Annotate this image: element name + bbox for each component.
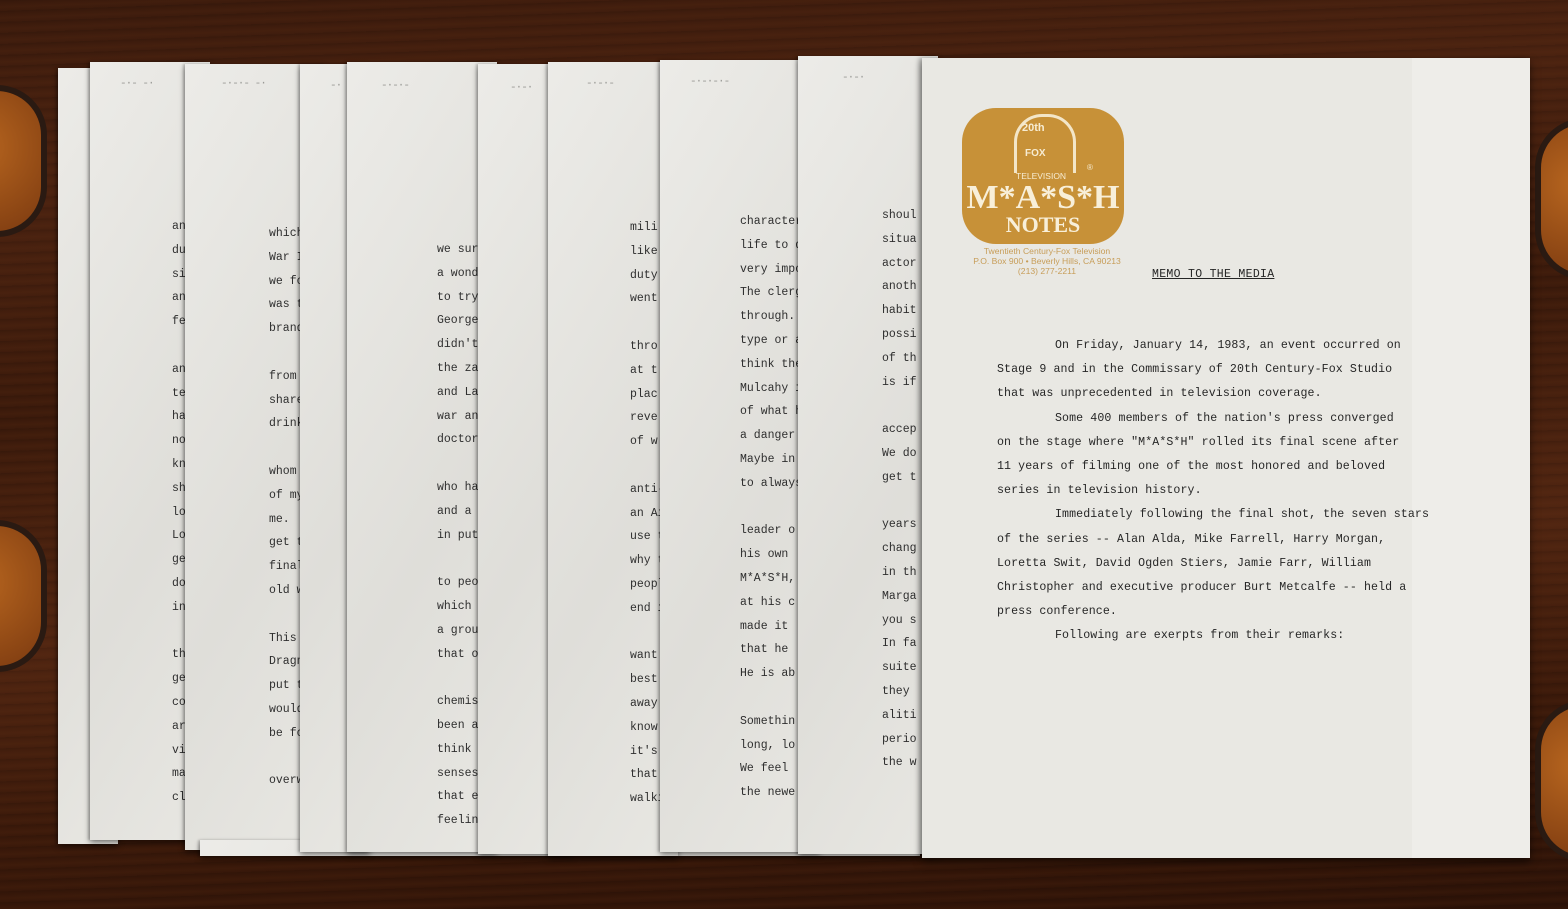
- typed-line: you s: [882, 609, 917, 633]
- staple-mark: -·-·-: [586, 78, 614, 90]
- memo-line: of the series -- Alan Alda, Mike Farrell…: [997, 528, 1457, 552]
- typed-line: a danger: [740, 424, 802, 448]
- logo-show-name: M*A*S*H: [962, 181, 1124, 215]
- typed-line: leader o: [740, 519, 802, 543]
- staple-mark: -·-·- -·: [221, 78, 266, 90]
- memo-line: Stage 9 and in the Commissary of 20th Ce…: [997, 358, 1457, 382]
- table-knob: [1535, 700, 1568, 862]
- page-b-text: whichWar Iwe fowas tbrandfromsharedrinkw…: [269, 222, 304, 793]
- typed-line: M*A*S*H,: [740, 567, 802, 591]
- memo-line: series in television history.: [997, 479, 1457, 503]
- typed-line: aliti: [882, 704, 917, 728]
- typed-line: put t: [269, 674, 304, 698]
- typed-line: In fa: [882, 632, 917, 656]
- typed-line: overw: [269, 769, 304, 793]
- typed-line: [882, 394, 917, 418]
- typed-line: whom: [269, 460, 304, 484]
- typed-line: think the: [740, 353, 802, 377]
- letterhead-address: Twentieth Century-Fox Television P.O. Bo…: [952, 246, 1142, 276]
- memo-title: MEMO TO THE MEDIA: [1152, 268, 1274, 281]
- staple-mark: -·: [330, 80, 341, 92]
- memo-line: press conference.: [997, 600, 1457, 624]
- typed-line: This: [269, 627, 304, 651]
- typed-line: of th: [882, 347, 917, 371]
- page-f-text: shoulsituaactoranothhabitpossiof this if…: [882, 204, 917, 775]
- page-e-text: characterlife to dvery impoThe clergthro…: [740, 210, 802, 805]
- typed-line: type or a: [740, 329, 802, 353]
- typed-line: is if: [882, 371, 917, 395]
- staple-mark: -·-·: [842, 72, 864, 84]
- typed-line: We do: [882, 442, 917, 466]
- typed-line: drink: [269, 412, 304, 436]
- typed-line: from: [269, 365, 304, 389]
- sheet: -·-·- we sura wondto tryGeorgedidn'tthe …: [347, 62, 497, 852]
- sheet: -·-·-·- characterlife to dvery impoThe c…: [660, 60, 820, 852]
- address-line: P.O. Box 900 • Beverly Hills, CA 90213: [952, 256, 1142, 266]
- typed-line: life to d: [740, 234, 802, 258]
- typed-line: habit: [882, 299, 917, 323]
- typed-line: Mulcahy i: [740, 377, 802, 401]
- typed-line: very impo: [740, 258, 802, 282]
- typed-line: accep: [882, 418, 917, 442]
- typed-line: suite: [882, 656, 917, 680]
- typed-line: years: [882, 513, 917, 537]
- typed-line: made it: [740, 615, 802, 639]
- typed-line: We feel: [740, 757, 802, 781]
- typed-line: brand: [269, 317, 304, 341]
- typed-line: was t: [269, 293, 304, 317]
- typed-line: at his c: [740, 591, 802, 615]
- typed-line: Somethin: [740, 710, 802, 734]
- typed-line: that he: [740, 638, 802, 662]
- typed-line: to always: [740, 472, 802, 496]
- typed-line: his own: [740, 543, 802, 567]
- mash-notes-logo: 20th FOX TELEVISION ® M*A*S*H NOTES: [962, 108, 1124, 244]
- typed-line: [269, 341, 304, 365]
- typed-line: chang: [882, 537, 917, 561]
- typed-line: The clerg: [740, 281, 802, 305]
- table-knob: [1535, 118, 1568, 280]
- logo-subtitle: NOTES: [962, 214, 1124, 236]
- typed-line: [269, 746, 304, 770]
- typed-line: [882, 490, 917, 514]
- logo-fox: FOX: [1025, 148, 1046, 159]
- typed-line: get t: [882, 466, 917, 490]
- typed-line: War I: [269, 246, 304, 270]
- memo-line: on the stage where "M*A*S*H" rolled its …: [997, 431, 1457, 455]
- memo-line: On Friday, January 14, 1983, an event oc…: [997, 334, 1457, 358]
- typed-line: the newe: [740, 781, 802, 805]
- memo-line: Immediately following the final shot, th…: [997, 503, 1457, 527]
- typed-line: He is ab: [740, 662, 802, 686]
- typed-line: Maybe in: [740, 448, 802, 472]
- typed-line: Marga: [882, 585, 917, 609]
- typed-line: through.: [740, 305, 802, 329]
- typed-line: anoth: [882, 275, 917, 299]
- typed-line: long, lo: [740, 734, 802, 758]
- sheet: -·-· shoulsituaactoranothhabitpossiof th…: [798, 56, 938, 854]
- typed-line: Dragn: [269, 650, 304, 674]
- memo-line: Some 400 members of the nation's press c…: [997, 407, 1457, 431]
- logo-20th: 20th: [1022, 122, 1045, 134]
- staple-mark: -·-·-: [381, 80, 409, 92]
- typed-line: me.: [269, 508, 304, 532]
- typed-line: [740, 686, 802, 710]
- memo-line: Following are exerpts from their remarks…: [997, 624, 1457, 648]
- table-knob: [0, 520, 47, 672]
- address-line: (213) 277-2211: [952, 266, 1142, 276]
- typed-line: in th: [882, 561, 917, 585]
- typed-line: [269, 436, 304, 460]
- typed-line: would: [269, 698, 304, 722]
- typed-line: possi: [882, 323, 917, 347]
- typed-line: we fo: [269, 270, 304, 294]
- typed-line: the w: [882, 751, 917, 775]
- sheet: -·-·- mililikedutywentthroat tplacreveof…: [548, 62, 678, 856]
- memo-line: that was unprecedented in television cov…: [997, 382, 1457, 406]
- table-knob: [0, 85, 47, 237]
- staple-mark: -·-·: [510, 82, 532, 94]
- typed-line: situa: [882, 228, 917, 252]
- typed-line: of my: [269, 484, 304, 508]
- typed-line: be fo: [269, 722, 304, 746]
- staple-mark: -·- -·: [120, 78, 154, 90]
- memo-body: On Friday, January 14, 1983, an event oc…: [997, 334, 1457, 649]
- memo-line: Loretta Swit, David Ogden Stiers, Jamie …: [997, 552, 1457, 576]
- typed-line: they: [882, 680, 917, 704]
- memo-page: 20th FOX TELEVISION ® M*A*S*H NOTES Twen…: [922, 58, 1530, 858]
- typed-line: get t: [269, 531, 304, 555]
- typed-line: perio: [882, 728, 917, 752]
- typed-line: old w: [269, 579, 304, 603]
- typed-line: actor: [882, 252, 917, 276]
- typed-line: shoul: [882, 204, 917, 228]
- memo-line: 11 years of filming one of the most hono…: [997, 455, 1457, 479]
- typed-line: final: [269, 555, 304, 579]
- typed-line: [269, 603, 304, 627]
- address-line: Twentieth Century-Fox Television: [952, 246, 1142, 256]
- staple-mark: -·-·-·-: [690, 76, 729, 88]
- typed-line: of what h: [740, 400, 802, 424]
- memo-line: Christopher and executive producer Burt …: [997, 576, 1457, 600]
- typed-line: share: [269, 389, 304, 413]
- registered-mark-icon: ®: [1087, 163, 1093, 172]
- typed-line: which: [269, 222, 304, 246]
- typed-line: character: [740, 210, 802, 234]
- typed-line: [740, 496, 802, 520]
